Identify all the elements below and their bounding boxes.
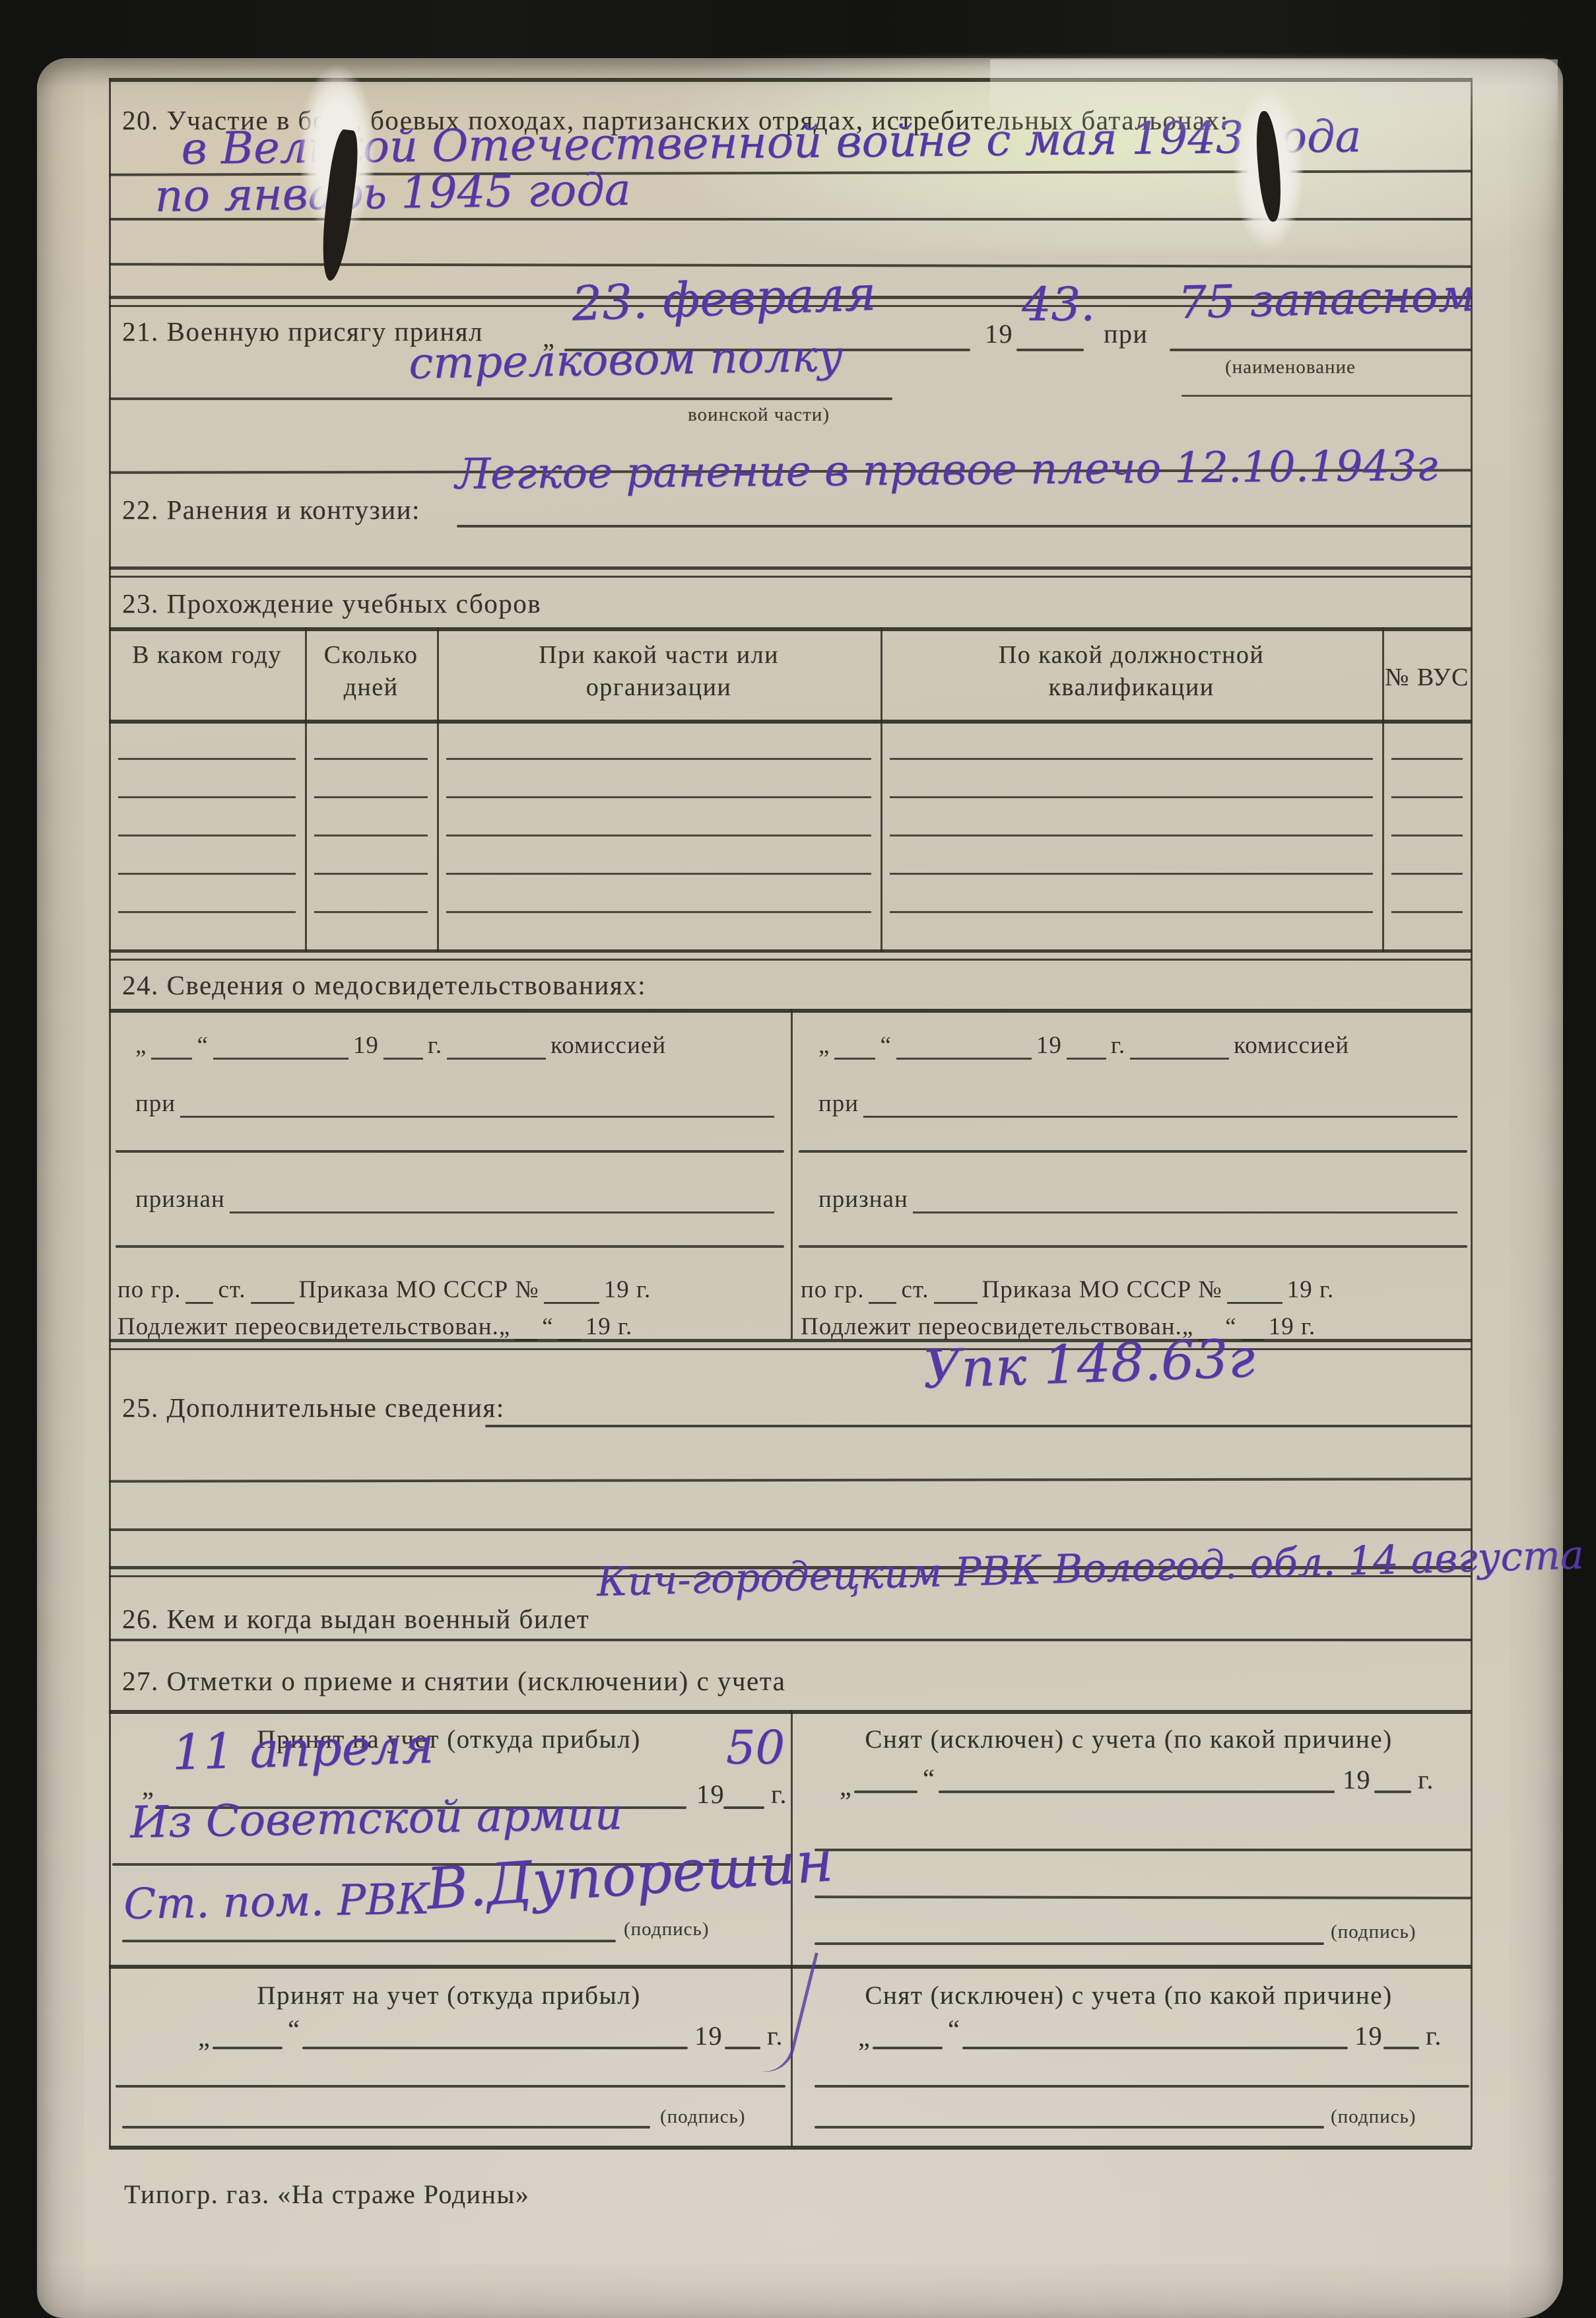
open-quote: „ (499, 1312, 510, 1341)
printed-19: 19 (1343, 1764, 1371, 1795)
printed-g: г. (1319, 1276, 1334, 1304)
med-pogr-label: по гр. (801, 1276, 864, 1304)
table23-header-year: В каком году (116, 639, 298, 671)
printed-g: г. (771, 1779, 787, 1810)
ruled-line (116, 1150, 784, 1153)
section25-handwriting: Упк 148.63г (922, 1328, 1256, 1400)
blank-line (1374, 1790, 1411, 1793)
printed-g: г. (618, 1312, 632, 1341)
section21-handwriting-year: 43. (1022, 277, 1095, 331)
med-right-pri-row: при (818, 1089, 1462, 1118)
section20-handwriting-line2: по январь 1945 года (154, 164, 631, 222)
med-podlezhit-label: Подлежит переосвидетельствован. (117, 1312, 499, 1341)
printed-19: 19 (694, 2020, 723, 2051)
scanned-military-card-page: 20. Участие в боях, боевых походах, парт… (0, 0, 1596, 2318)
printed-19: 19 (353, 1031, 379, 1060)
podpis-caption: (подпись) (660, 2106, 745, 2128)
row1-handwriting-from: Из Советской армии (130, 1789, 623, 1848)
ruled-line (799, 1150, 1467, 1153)
med-left-priznan-row: признан (135, 1185, 779, 1213)
podpis-caption: (подпись) (624, 1919, 709, 1940)
signature-line (815, 1942, 1324, 1945)
table27-remove-header: Снят (исключен) с учета (по какой причин… (802, 1979, 1455, 2013)
blank-line (723, 1806, 764, 1809)
open-quote: „ (198, 2022, 211, 2053)
med-right-priznan-row: признан (818, 1185, 1462, 1213)
section-divider (109, 566, 1472, 578)
printed-19: 19 (1354, 2020, 1383, 2051)
close-quote: “ (288, 2014, 300, 2045)
med-priznan-label: признан (135, 1185, 225, 1213)
printed-19: 19 (1287, 1276, 1313, 1304)
caption-voinskoy-chasti: воинской части) (688, 404, 830, 426)
printed-g: г. (636, 1276, 651, 1304)
blank-line (873, 2047, 943, 2049)
blank-line (854, 1790, 917, 1793)
blank-line (1016, 349, 1084, 351)
table23-header-days: Сколько дней (309, 639, 433, 704)
printed-19: 19 (696, 1779, 725, 1810)
med-left-date-row: „“19г.комиссией (135, 1031, 779, 1060)
blank-line (939, 1790, 1335, 1793)
med-prikaz-label: Приказа МО СССР № (982, 1276, 1222, 1304)
table23-header-qualification: По какой должностной квалификации (933, 639, 1329, 704)
printed-pri: при (1104, 318, 1148, 349)
signature-line (122, 1940, 616, 1942)
form-right-border (1471, 78, 1473, 2147)
ruled-line (815, 2085, 1469, 2088)
table23-header-vus: № ВУС (1382, 662, 1472, 694)
table23-row-lines (109, 758, 1472, 760)
printed-19: 19 (585, 1312, 611, 1341)
table27-bottom-border (109, 2146, 1472, 2150)
podpis-caption: (подпись) (1331, 1921, 1416, 1943)
ruled-line (109, 1639, 1472, 1641)
med-right-order-row: по гр.ст.Приказа МО СССР №19 г. (801, 1276, 1464, 1304)
med-prikaz-label: Приказа МО СССР № (299, 1276, 539, 1304)
printing-house-footer: Типогр. газ. «На страже Родины» (124, 2179, 529, 2210)
table23-divider (305, 627, 307, 952)
blank-line (962, 2047, 1348, 2049)
section26-label: 26. Кем и когда выдан военный билет (122, 1603, 589, 1635)
section23-label: 23. Прохождение учебных сборов (122, 588, 541, 619)
med-pogr-label: по гр. (117, 1276, 181, 1304)
med-commission-label: комиссией (550, 1031, 666, 1060)
open-quote: „ (840, 1771, 852, 1802)
blank-line (1383, 2047, 1419, 2049)
table23-row-lines (109, 796, 1472, 798)
caption-naimenovanie: (наименование (1225, 357, 1356, 378)
printed-g: г. (428, 1031, 442, 1060)
table27-accept-header: Принят на учет (откуда прибыл) (122, 1979, 776, 2013)
row1-handwriting-official: Ст. пом. РВК (123, 1875, 430, 1929)
ruled-line (485, 1425, 1472, 1427)
section27-label: 27. Отметки о приеме и снятии (исключени… (122, 1665, 785, 1697)
printed-19: 19 (1036, 1031, 1062, 1060)
signature-line (815, 2126, 1324, 2129)
close-quote: “ (948, 2014, 960, 2045)
open-quote: „ (818, 1031, 830, 1060)
med-commission-label: комиссией (1234, 1031, 1349, 1060)
printed-g: г. (1426, 2020, 1442, 2051)
med-pri-label: при (135, 1089, 176, 1118)
table23-header-unit: При какой части или организации (490, 639, 828, 704)
close-quote: “ (197, 1031, 208, 1060)
section21-handwriting-date: 23. февраля (571, 265, 877, 331)
close-quote: “ (542, 1312, 553, 1341)
section22-handwriting: Легкое ранение в правое плечо 12.10.1943… (455, 442, 1438, 499)
close-quote: “ (880, 1031, 891, 1060)
row1-handwriting-date: 11 апреля (172, 1718, 435, 1781)
section24-label: 24. Сведения о медосвидетельствованиях: (122, 969, 646, 1001)
med-right-date-row: „“19г.комиссией (818, 1031, 1462, 1060)
ruled-line (109, 1528, 1472, 1531)
section21-handwriting-unit2: стрелковом полку (409, 331, 844, 389)
med-st-label: ст. (901, 1276, 929, 1304)
med-priznan-label: признан (818, 1185, 908, 1213)
section24-bottom-border (109, 1339, 1472, 1350)
med-st-label: ст. (218, 1276, 246, 1304)
med-left-pri-row: при (135, 1089, 779, 1118)
ruled-line (116, 2085, 785, 2088)
section22-label: 22. Ранения и контузии: (122, 494, 420, 526)
printed-19: 19 (604, 1276, 630, 1304)
table27-remove-header: Снят (исключен) с учета (по какой причин… (802, 1723, 1455, 1757)
med-left-resurvey-row: Подлежит переосвидетельствован.„“19 г. (117, 1312, 781, 1341)
table23-header-bottom (109, 720, 1472, 724)
printed-g: г. (1418, 1764, 1434, 1795)
table23-row-lines (109, 873, 1472, 875)
row1-handwriting-year: 50 (726, 1721, 785, 1775)
table23-divider (881, 627, 882, 952)
section24-center-divider (791, 1009, 793, 1339)
table27-center-divider (791, 1710, 793, 2147)
table23-bottom-border (109, 949, 1472, 961)
ruled-line (116, 1245, 784, 1248)
close-quote: “ (923, 1763, 935, 1794)
open-quote: „ (858, 2022, 871, 2053)
ruled-line (815, 1849, 1472, 1851)
table23-row-lines (109, 835, 1472, 836)
blank-line (1170, 349, 1472, 351)
open-quote: „ (135, 1031, 147, 1060)
printed-g: г. (1301, 1312, 1315, 1341)
printed-19: 19 (1269, 1312, 1294, 1341)
ruled-line (457, 525, 1472, 528)
table23-row-lines (109, 911, 1472, 913)
blank-line (302, 2047, 688, 2049)
printed-19: 19 (985, 318, 1013, 349)
blank-line (725, 2047, 760, 2049)
section21-handwriting-unit1: 75 запасном (1178, 269, 1476, 329)
ruled-line (1181, 395, 1472, 397)
printed-g: г. (1111, 1031, 1125, 1060)
ruled-line (799, 1245, 1467, 1248)
table23-top-border (109, 627, 1472, 631)
form-left-border (109, 78, 111, 2147)
podpis-caption: (подпись) (1331, 2106, 1416, 2128)
med-pri-label: при (818, 1089, 859, 1118)
ruled-line (109, 397, 892, 400)
table23-divider (437, 627, 439, 952)
signature-line (122, 2126, 650, 2129)
blank-line (213, 2047, 283, 2049)
section25-label: 25. Дополнительные сведения: (122, 1392, 505, 1423)
med-left-order-row: по гр.ст.Приказа МО СССР №19 г. (117, 1276, 781, 1304)
